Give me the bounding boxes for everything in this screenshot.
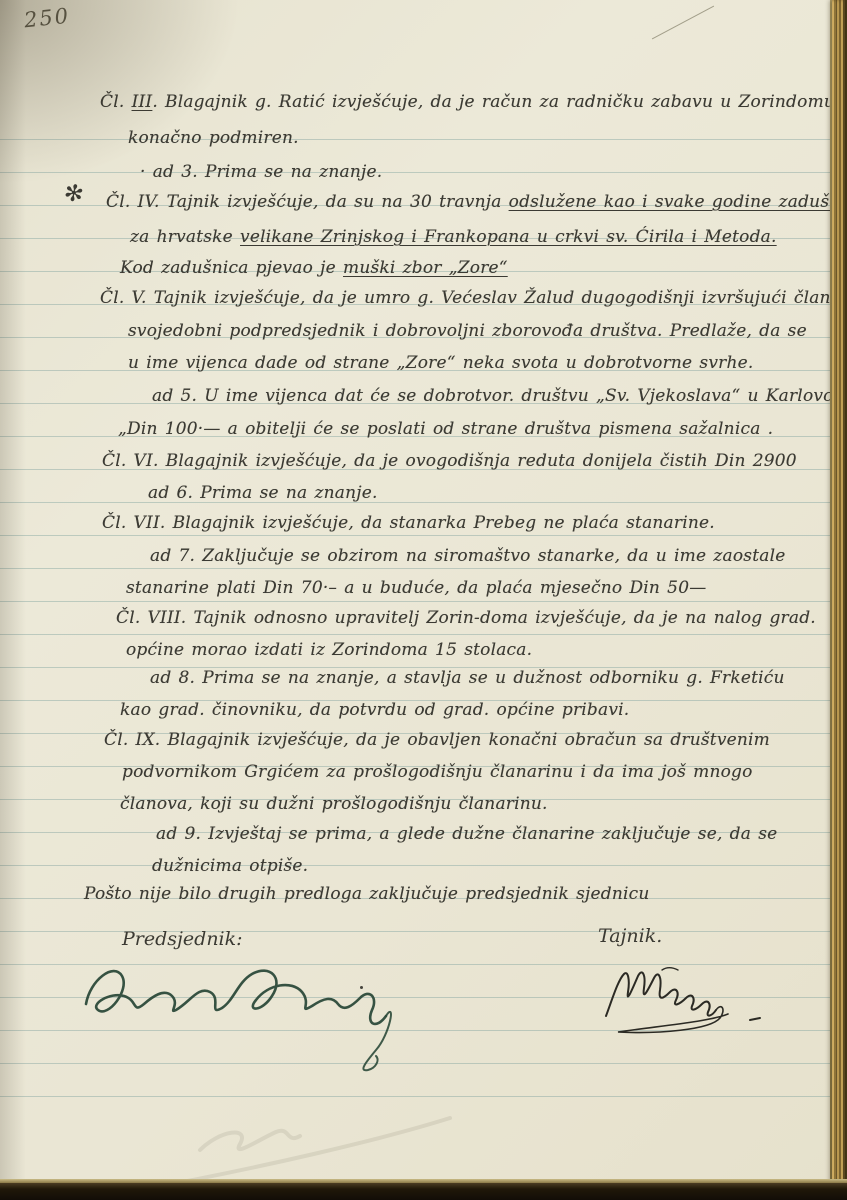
table-surface: [0, 1183, 847, 1200]
manuscript-line: svojedobni podpredsjednik i dobrovoljni …: [128, 321, 807, 341]
manuscript-line: „Din 100·— a obitelji će se poslati od s…: [118, 419, 773, 439]
manuscript-line: ad 8. Prima se na znanje, a stavlja se u…: [150, 668, 785, 688]
secretary-signature: [598, 960, 778, 1040]
manuscript-line: Čl. IV. Tajnik izvješćuje, da su na 30 t…: [106, 192, 847, 212]
manuscript-line: · ad 3. Prima se na znanje.: [140, 162, 382, 182]
manuscript-line: stanarine plati Din 70·– a u buduće, da …: [126, 578, 706, 598]
manuscript-line: ad 5. U ime vijenca dat će se dobrotvor.…: [152, 386, 844, 406]
manuscript-line: podvornikom Grgićem za prošlogodišnju čl…: [122, 762, 753, 782]
manuscript-line: Čl. VII. Blagajnik izvješćuje, da stanar…: [102, 513, 715, 533]
secretary-label: Tajnik.: [598, 925, 662, 947]
manuscript-line: za hrvatske velikane Zrinjskog i Frankop…: [130, 227, 777, 247]
manuscript-line: ad 7. Zaključuje se obzirom na siromaštv…: [150, 546, 786, 566]
manuscript-line: Čl. IX. Blagajnik izvješćuje, da je obav…: [104, 730, 770, 750]
scanned-manuscript-page: 250 ✻ Čl. III. Blagajnik g. Ratić izvješ…: [0, 0, 847, 1200]
manuscript-line: članova, koji su dužni prošlogodišnju čl…: [120, 794, 548, 814]
page-number: 250: [23, 4, 71, 33]
manuscript-line: konačno podmiren.: [128, 128, 299, 148]
manuscript-line: kao grad. činovniku, da potvrdu od grad.…: [120, 700, 629, 720]
manuscript-line: Čl. V. Tajnik izvješćuje, da je umro g. …: [100, 288, 836, 308]
manuscript-line: Čl. VIII. Tajnik odnosno upravitelj Zori…: [116, 608, 816, 628]
book-page-block-edge: [832, 0, 847, 1200]
left-edge-shadow: [0, 0, 26, 1200]
manuscript-line: dužnicima otpiše.: [152, 856, 308, 876]
president-label: Predsjednik:: [122, 928, 243, 950]
manuscript-line: općine morao izdati iz Zorindoma 15 stol…: [126, 640, 532, 660]
manuscript-line: Čl. III. Blagajnik g. Ratić izvješćuje, …: [100, 92, 835, 112]
manuscript-line: Pošto nije bilo drugih predloga zaključu…: [84, 884, 650, 904]
margin-star-mark: ✻: [62, 179, 86, 208]
manuscript-line: ad 6. Prima se na znanje.: [148, 483, 378, 503]
manuscript-line: Čl. VI. Blagajnik izvješćuje, da je ovog…: [102, 451, 797, 471]
manuscript-line: Kod zadušnica pjevao je muški zbor „Zore…: [120, 258, 508, 278]
paper-scratch: [652, 6, 714, 40]
manuscript-line: ad 9. Izvještaj se prima, a glede dužne …: [156, 824, 777, 844]
manuscript-line: u ime vijenca dade od strane „Zore“ neka…: [128, 353, 753, 373]
president-signature: [80, 952, 410, 1077]
ink-dot: [360, 986, 363, 989]
ruled-lines: [0, 107, 833, 1107]
